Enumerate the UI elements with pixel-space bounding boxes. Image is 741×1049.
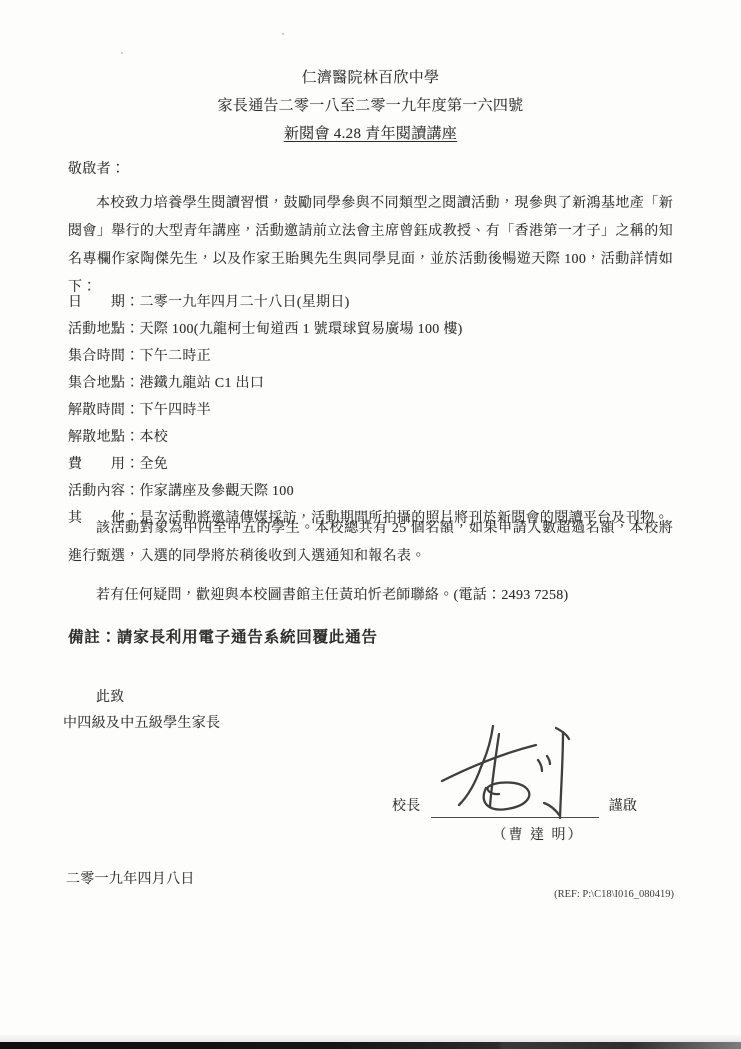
detail-row-date: 日 期： 二零一九年四月二十八日(星期日) bbox=[68, 289, 673, 316]
detail-label: 活動內容： bbox=[68, 478, 140, 505]
respectfully-label: 謹啟 bbox=[609, 796, 638, 818]
notice-number: 家長通告二零一八至二零一九年度第一六四號 bbox=[0, 92, 741, 120]
reference-number: (REF: P:\C18\I016_080419) bbox=[68, 888, 674, 902]
detail-row-assembly-time: 集合時間： 下午二時正 bbox=[68, 343, 673, 370]
detail-value: 下午二時正 bbox=[140, 343, 674, 370]
salutation: 敬啟者： bbox=[68, 156, 125, 184]
detail-label: 集合時間： bbox=[68, 343, 140, 370]
scan-speckle bbox=[282, 33, 284, 35]
notice-header: 仁濟醫院林百欣中學 家長通告二零一八至二零一九年度第一六四號 新閱會 4.28 … bbox=[0, 64, 741, 148]
principal-name: （曹 達 明） bbox=[448, 822, 628, 850]
contact-paragraph: 若有任何疑問，歡迎與本校圖書館主任黃珀忻老師聯絡。(電話：2493 7258) bbox=[68, 582, 673, 610]
event-details-list: 日 期： 二零一九年四月二十八日(星期日) 活動地點： 天際 100(九龍柯士甸… bbox=[68, 289, 673, 532]
detail-label: 日 期： bbox=[68, 289, 140, 316]
detail-value: 本校 bbox=[140, 424, 674, 451]
closing-cizhi: 此致 bbox=[96, 684, 125, 712]
detail-row-dismissal-point: 解散地點： 本校 bbox=[68, 424, 673, 451]
detail-label: 活動地點： bbox=[68, 316, 140, 343]
event-title: 新閱會 4.28 青年閱讀講座 bbox=[0, 120, 741, 148]
detail-value: 二零一九年四月二十八日(星期日) bbox=[140, 289, 674, 316]
remark-line: 備註：請家長利用電子通告系統回覆此通告 bbox=[68, 624, 378, 652]
school-name: 仁濟醫院林百欣中學 bbox=[0, 64, 741, 92]
scan-bottom-shadow bbox=[0, 1034, 741, 1042]
detail-label: 集合地點： bbox=[68, 370, 140, 397]
scan-speckle bbox=[121, 52, 123, 54]
detail-row-assembly-point: 集合地點： 港鐵九龍站 C1 出口 bbox=[68, 370, 673, 397]
detail-value: 全免 bbox=[140, 451, 674, 478]
scanned-notice-page: 仁濟醫院林百欣中學 家長通告二零一八至二零一九年度第一六四號 新閱會 4.28 … bbox=[0, 0, 741, 1049]
detail-value: 港鐵九龍站 C1 出口 bbox=[140, 370, 674, 397]
signature-row: 校長 謹啟 bbox=[392, 796, 637, 818]
detail-row-dismissal-time: 解散時間： 下午四時半 bbox=[68, 397, 673, 424]
detail-row-venue: 活動地點： 天際 100(九龍柯士甸道西 1 號環球貿易廣場 100 樓) bbox=[68, 316, 673, 343]
intro-paragraph: 本校致力培養學生閱讀習慣，鼓勵同學參與不同類型之閱讀活動，現參與了新鴻基地產「新… bbox=[68, 190, 673, 302]
closing-addressee: 中四級及中五級學生家長 bbox=[63, 710, 220, 738]
detail-label: 解散地點： bbox=[68, 424, 140, 451]
signature-line bbox=[431, 799, 599, 818]
detail-label: 解散時間： bbox=[68, 397, 140, 424]
detail-row-content: 活動內容： 作家講座及參觀天際 100 bbox=[68, 478, 673, 505]
detail-row-fee: 費 用： 全免 bbox=[68, 451, 673, 478]
quota-paragraph: 該活動對象為中四至中五的學生。本校總共有 25 個名額，如果申請人數超過名額，本… bbox=[68, 515, 673, 571]
detail-value: 作家講座及參觀天際 100 bbox=[140, 478, 674, 505]
principal-label: 校長 bbox=[392, 796, 421, 818]
scan-bottom-edge bbox=[0, 1042, 741, 1049]
detail-label: 費 用： bbox=[68, 451, 140, 478]
detail-value: 下午四時半 bbox=[140, 397, 674, 424]
detail-value: 天際 100(九龍柯士甸道西 1 號環球貿易廣場 100 樓) bbox=[140, 316, 674, 343]
